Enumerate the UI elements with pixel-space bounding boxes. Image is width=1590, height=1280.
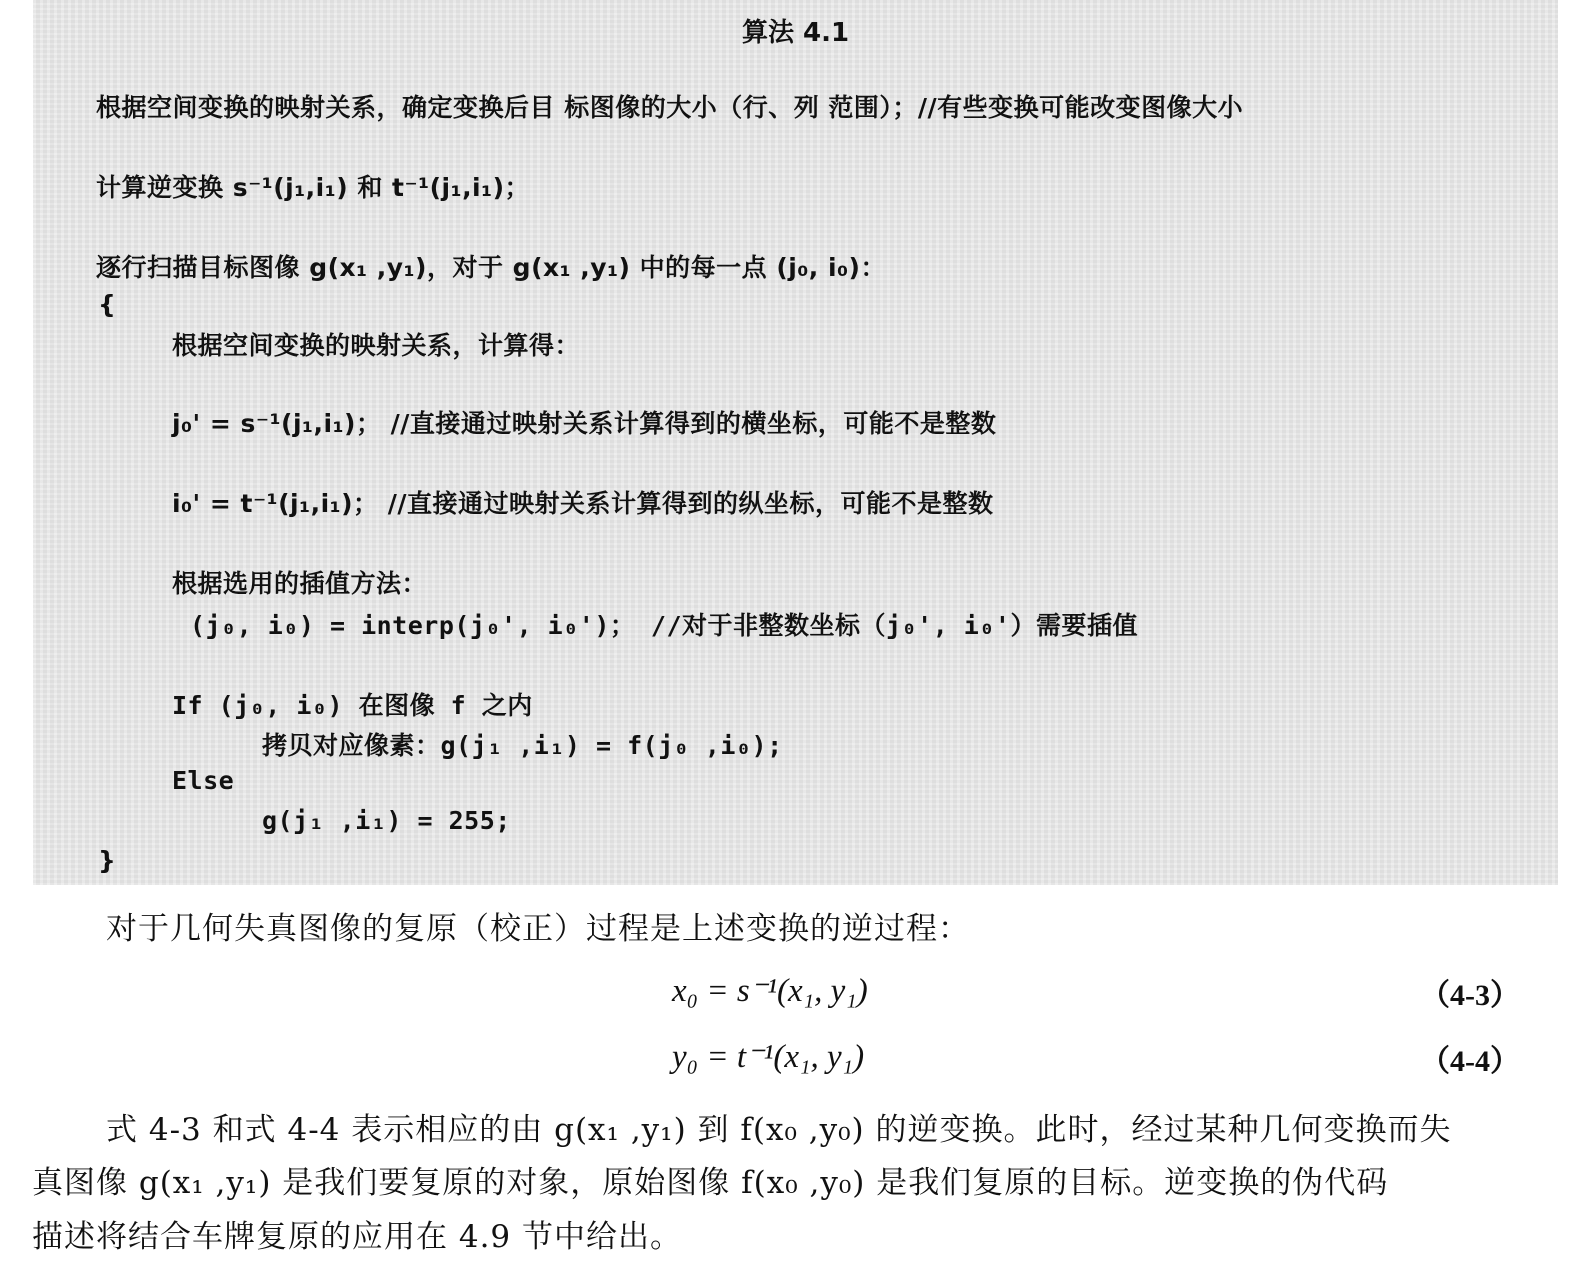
intro-text: 对于几何失真图像的复原（校正）过程是上述变换的逆过程： bbox=[106, 903, 970, 948]
equation-rhs: = s⁻¹(x₁, y₁) bbox=[706, 973, 867, 1009]
algo-line-inverse-transform: 计算逆变换 s⁻¹(j₁,i₁) 和 t⁻¹(j₁,i₁)； bbox=[96, 168, 530, 204]
algo-line-interp-call: (j₀, i₀) = interp(j₀', i₀')； //对于非整数坐标（j… bbox=[190, 606, 1138, 642]
algo-line-close-brace: } bbox=[98, 846, 116, 875]
algo-line-open-brace: { bbox=[98, 290, 116, 319]
algo-line-compute: 根据空间变换的映射关系，计算得： bbox=[172, 326, 580, 362]
equation-lhs: y₀ bbox=[672, 1039, 698, 1075]
algorithm-title: 算法 4.1 bbox=[33, 12, 1558, 49]
algo-line-else: Else bbox=[172, 766, 234, 795]
algo-line-j0: j₀' = s⁻¹(j₁,i₁)； //直接通过映射关系计算得到的横坐标，可能不… bbox=[172, 404, 996, 440]
equation-4-4: y₀ = t⁻¹(x₁, y₁) bbox=[672, 1036, 864, 1076]
equation-number-4-4: （4-4） bbox=[1420, 1036, 1520, 1080]
equation-number-4-3: （4-3） bbox=[1420, 970, 1520, 1014]
algo-line-copy-pixel: 拷贝对应像素：g(j₁ ,i₁) = f(j₀ ,i₀); bbox=[262, 726, 783, 762]
algo-line-assign-255: g(j₁ ,i₁) = 255; bbox=[262, 806, 511, 835]
equation-rhs: = t⁻¹(x₁, y₁) bbox=[706, 1039, 864, 1075]
algo-line-scan: 逐行扫描目标图像 g(x₁ ,y₁)，对于 g(x₁ ,y₁) 中的每一点 (j… bbox=[96, 248, 886, 284]
paragraph-line-2: 真图像 g(x₁ ,y₁) 是我们要复原的对象，原始图像 f(x₀ ,y₀) 是… bbox=[32, 1157, 1388, 1202]
algo-line-interp-method: 根据选用的插值方法： bbox=[172, 564, 427, 600]
algo-line-i0: i₀' = t⁻¹(j₁,i₁)； //直接通过映射关系计算得到的纵坐标，可能不… bbox=[172, 484, 993, 520]
algo-line-if: If (j₀, i₀) 在图像 f 之内 bbox=[172, 686, 533, 722]
paragraph-line-3: 描述将结合车牌复原的应用在 4.9 节中给出。 bbox=[32, 1211, 682, 1256]
paragraph-line-1: 式 4-3 和式 4-4 表示相应的由 g(x₁ ,y₁) 到 f(x₀ ,y₀… bbox=[106, 1104, 1451, 1149]
algo-line-determine-size: 根据空间变换的映射关系，确定变换后目 标图像的大小（行、列 范围）；//有些变换… bbox=[96, 88, 1243, 124]
equation-4-3: x₀ = s⁻¹(x₁, y₁) bbox=[672, 970, 868, 1010]
equation-lhs: x₀ bbox=[672, 973, 698, 1009]
